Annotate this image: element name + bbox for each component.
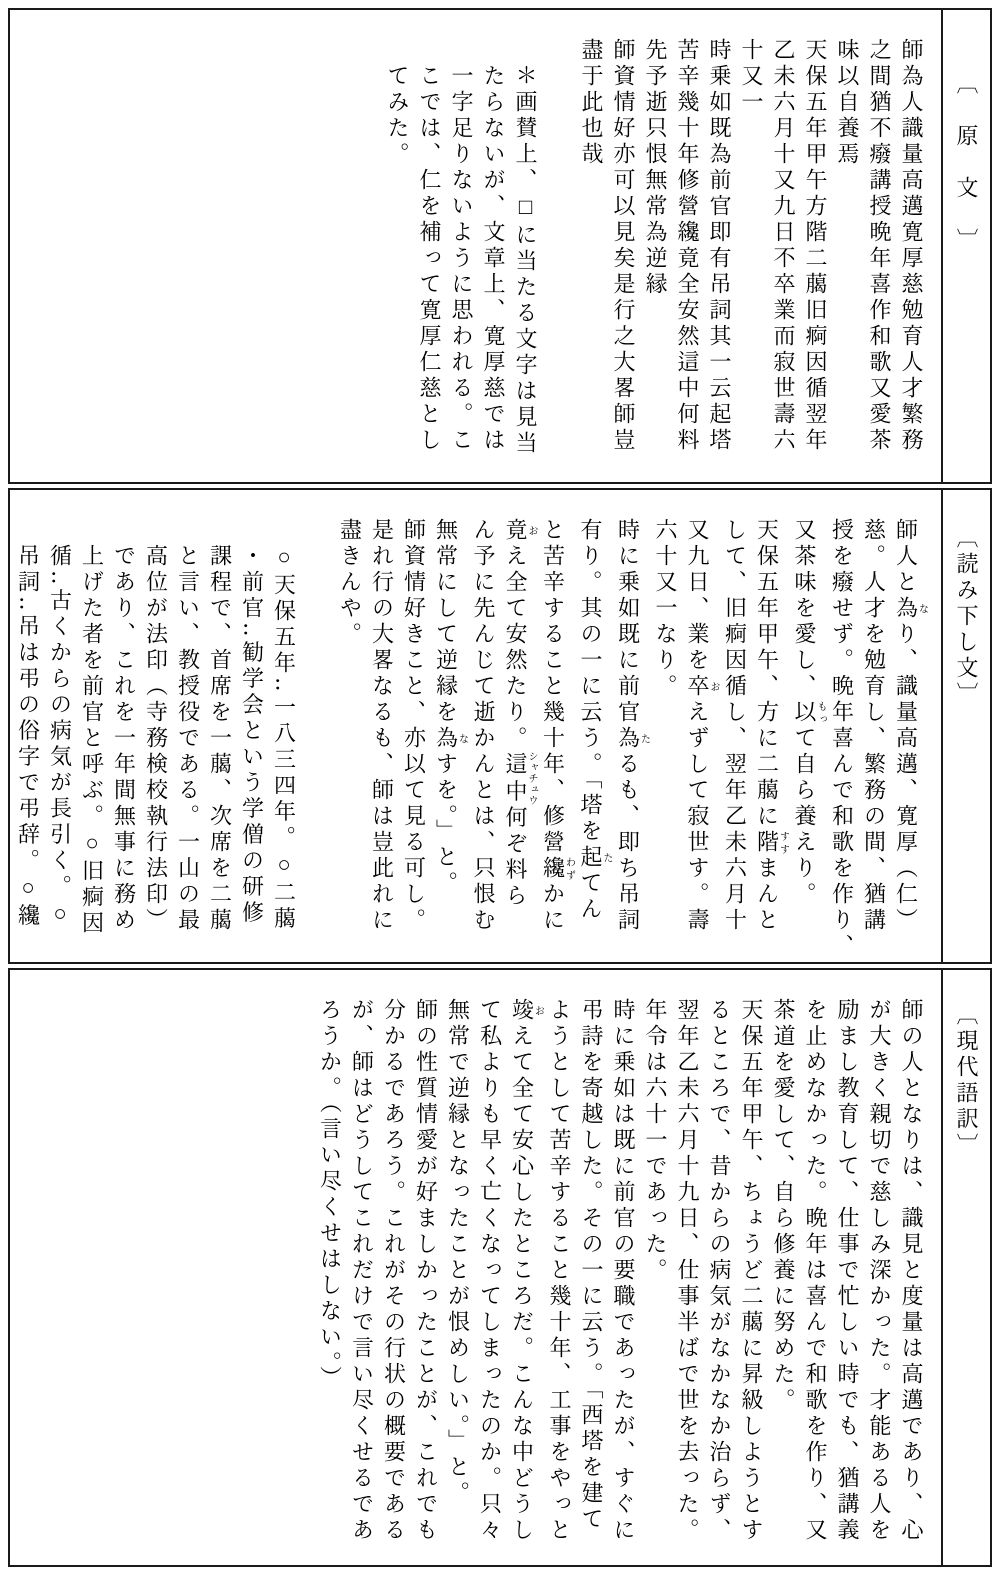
- section-title-label: 〔読み下し文〕: [954, 526, 979, 708]
- text-column: 年令は六十一であった。: [639, 998, 671, 1565]
- text-column: 無常で逆縁となったことが恨めしい。」と。: [442, 998, 474, 1565]
- text-column: 分かるであろう。これがその行状の概要である: [378, 998, 410, 1565]
- section-body: 師人と為なり、識量高邁、寛厚（仁）慈。人才を勉育し、繁務の間、猶講授を癈せず。晩…: [8, 490, 941, 962]
- text-column: が大きく親切で慈しみ深かった。才能ある人を: [863, 998, 895, 1565]
- note-column: と言い、教授役である。一山の最: [172, 544, 204, 962]
- text-column: 授を癈せず。晩年喜んで和歌を作り、: [826, 518, 858, 962]
- note-column: 課程で、首席を一﨟、次席を二﨟: [204, 544, 236, 962]
- text-column: 師資情好亦可以見矣是行之大畧師豈: [607, 38, 639, 482]
- text-column: 時に乗如既に前官為たるも、即ち吊詞: [612, 518, 650, 962]
- text-column: 先予逝只恨無常為逆縁: [639, 38, 671, 482]
- text-column: 無常にして逆縁を為なすを。」と。: [430, 518, 468, 962]
- section-title-original: 〔 原 文 〕: [941, 10, 990, 482]
- text-column: 慈。人才を勉育し、繁務の間、猶講: [858, 518, 890, 962]
- section-title-reading: 〔読み下し文〕: [941, 490, 990, 962]
- text-column: 師為人識量高邁寛厚慈勉育人才繁務: [895, 38, 927, 482]
- text-column: 又九日、業を卒おえずして寂世す。壽: [681, 518, 719, 962]
- text-column: るところで、昔からの病気がなかなか治らず、: [703, 998, 735, 1565]
- text-column: 有り。其の一に云う。「塔を起たてん: [574, 518, 612, 962]
- section-title-label: 〔 原 文 〕: [954, 72, 979, 254]
- text-column: 竣おえて全て安心したところだ。こんな中どうし: [506, 998, 544, 1565]
- text-column: 又茶味を愛し、以もって自ら養えり。: [788, 518, 826, 962]
- document-page: 〔 原 文 〕 師為人識量高邁寛厚慈勉育人才繁務之間猶不癈講授晩年喜作和歌又愛茶…: [0, 0, 1000, 1575]
- note-column: 上げた者を前官と呼ぶ。○旧痾因: [76, 544, 108, 962]
- text-column: 盡きんや。: [334, 518, 366, 962]
- text-column: 天保五年甲午、ちょうど二﨟に昇級しようとす: [735, 998, 767, 1565]
- text-column: 六十又一なり。: [649, 518, 681, 962]
- text-column: 味以自養焉: [831, 38, 863, 482]
- section-modern-translation: 〔現代語訳〕 師の人となりは、識見と度量は高邁であり、心が大きく親切で慈しみ深か…: [8, 968, 992, 1567]
- text-column: 師の人となりは、識見と度量は高邁であり、心: [895, 998, 927, 1565]
- text-column: 天保五年甲午、方に二﨟に階すすまんと: [751, 518, 789, 962]
- text-column: 励まし教育して、仕事で忙しい時でも、猶講義: [831, 998, 863, 1565]
- text-column: 天保五年甲午方階二﨟旧痾因循翌年: [799, 38, 831, 482]
- note-column: たらないが、文章上、寛厚慈では: [477, 64, 509, 482]
- note-column: ‥やっと。○這中‥こんな中。: [8, 544, 12, 962]
- note-column: こでは、仁を補って寛厚仁慈とし: [413, 64, 445, 482]
- note-column: 吊詞‥吊は弔の俗字で弔辞。○纔: [12, 544, 44, 962]
- note-column: ・前官‥勧学会という学僧の研修: [236, 544, 268, 962]
- text-column: 師の性質情愛が好ましかったことが、これでも: [410, 998, 442, 1565]
- text-column: と苦辛すること幾十年、修營纔わずかに: [537, 518, 575, 962]
- text-column: 弔詩を寄越した。その一に云う。「西塔を建て: [575, 998, 607, 1565]
- note-column: ○天保五年‥一八三四年。○二﨟: [268, 544, 300, 962]
- text-column: 竟おえ全て安然たり。這中シャチュウ何ぞ料ら: [499, 518, 537, 962]
- text-column: して、旧痾因循し、翌年乙未六月十: [719, 518, 751, 962]
- section-original-text: 〔 原 文 〕 師為人識量高邁寛厚慈勉育人才繁務之間猶不癈講授晩年喜作和歌又愛茶…: [8, 8, 992, 484]
- text-column: 茶道を愛して、自ら修養に努めた。: [767, 998, 799, 1565]
- text-column: 乙未六月十又九日不卒業而寂世壽六: [767, 38, 799, 482]
- section-reading-text: 〔読み下し文〕 師人と為なり、識量高邁、寛厚（仁）慈。人才を勉育し、繁務の間、猶…: [8, 488, 992, 964]
- note-column: 一字足りないように思われる。こ: [445, 64, 477, 482]
- text-column: ん予に先んじて逝かんとは、只恨む: [467, 518, 499, 962]
- text-column: 十又一: [735, 38, 767, 482]
- section-body: 師の人となりは、識見と度量は高邁であり、心が大きく親切で慈しみ深かった。才能ある…: [308, 970, 942, 1565]
- text-column: を止めなかった。晩年は喜んで和歌を作り、又: [799, 998, 831, 1565]
- section-title-label: 〔現代語訳〕: [954, 1003, 979, 1159]
- note-column: ＊画賛上、□に当たる文字は見当: [509, 64, 541, 482]
- text-column: ようとして苦辛すること幾十年、工事をやっと: [543, 998, 575, 1565]
- text-column: 師資情好きこと、亦以て見る可し。: [398, 518, 430, 962]
- text-column: ろうか。（言い尽くせはしない。）: [314, 998, 346, 1565]
- text-column: 師人と為なり、識量高邁、寛厚（仁）: [890, 518, 928, 962]
- note-column: 高位が法印（寺務検校執行法印）: [140, 544, 172, 962]
- note-column: 循‥古くからの病気が長引く。○: [44, 544, 76, 962]
- section-body: 師為人識量高邁寛厚慈勉育人才繁務之間猶不癈講授晩年喜作和歌又愛茶味以自養焉天保五…: [375, 10, 941, 482]
- text-column: 翌年乙未六月十九日、仕事半ばで世を去った。: [671, 998, 703, 1565]
- section-title-translation: 〔現代語訳〕: [941, 970, 990, 1565]
- note-column: てみた。: [381, 64, 413, 482]
- text-column: 苦辛幾十年修營纔竟全安然這中何料: [671, 38, 703, 482]
- text-column: て私よりも早く亡くなってしまったのか。只々: [474, 998, 506, 1565]
- text-column: が、師はどうしてこれだけで言い尽くせるであ: [346, 998, 378, 1565]
- text-column: 是れ行の大畧なるも、師は豈此れに: [366, 518, 398, 962]
- note-column: であり、これを一年間無事に務め: [108, 544, 140, 962]
- text-column: 之間猶不癈講授晩年喜作和歌又愛茶: [863, 38, 895, 482]
- text-column: 時に乗如は既に前官の要職であったが、すぐに: [607, 998, 639, 1565]
- text-column: 時乗如既為前官即有吊詞其一云起塔: [703, 38, 735, 482]
- text-column: 盡于此也哉: [575, 38, 607, 482]
